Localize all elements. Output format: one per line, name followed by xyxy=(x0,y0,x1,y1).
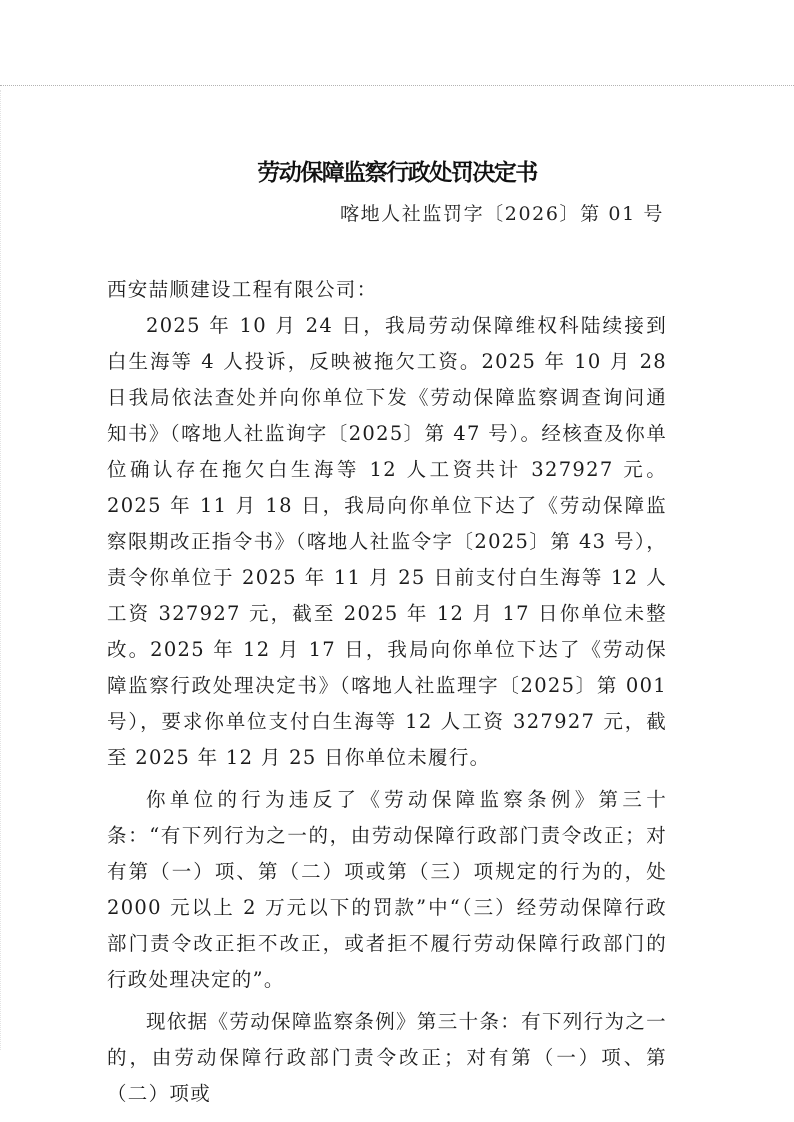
document-number: 喀地人社监罚字〔2026〕第 01 号 xyxy=(340,200,664,228)
document-title: 劳动保障监察行政处罚决定书 xyxy=(0,158,794,188)
scan-artifact-edge xyxy=(0,90,3,1050)
paragraph-facts: 2025 年 10 月 24 日，我局劳动保障维权科陆续接到白生海等 4 人投诉… xyxy=(107,308,667,776)
scan-artifact-line xyxy=(0,85,794,86)
recipient-line: 西安喆顺建设工程有限公司： xyxy=(107,272,667,308)
document-body: 西安喆顺建设工程有限公司： 2025 年 10 月 24 日，我局劳动保障维权科… xyxy=(107,272,667,1112)
paragraph-violation: 你单位的行为违反了《劳动保障监察条例》第三十条：“有下列行为之一的，由劳动保障行… xyxy=(107,782,667,998)
paragraph-basis: 现依据《劳动保障监察条例》第三十条：有下列行为之一的，由劳动保障行政部门责令改正… xyxy=(107,1004,667,1112)
